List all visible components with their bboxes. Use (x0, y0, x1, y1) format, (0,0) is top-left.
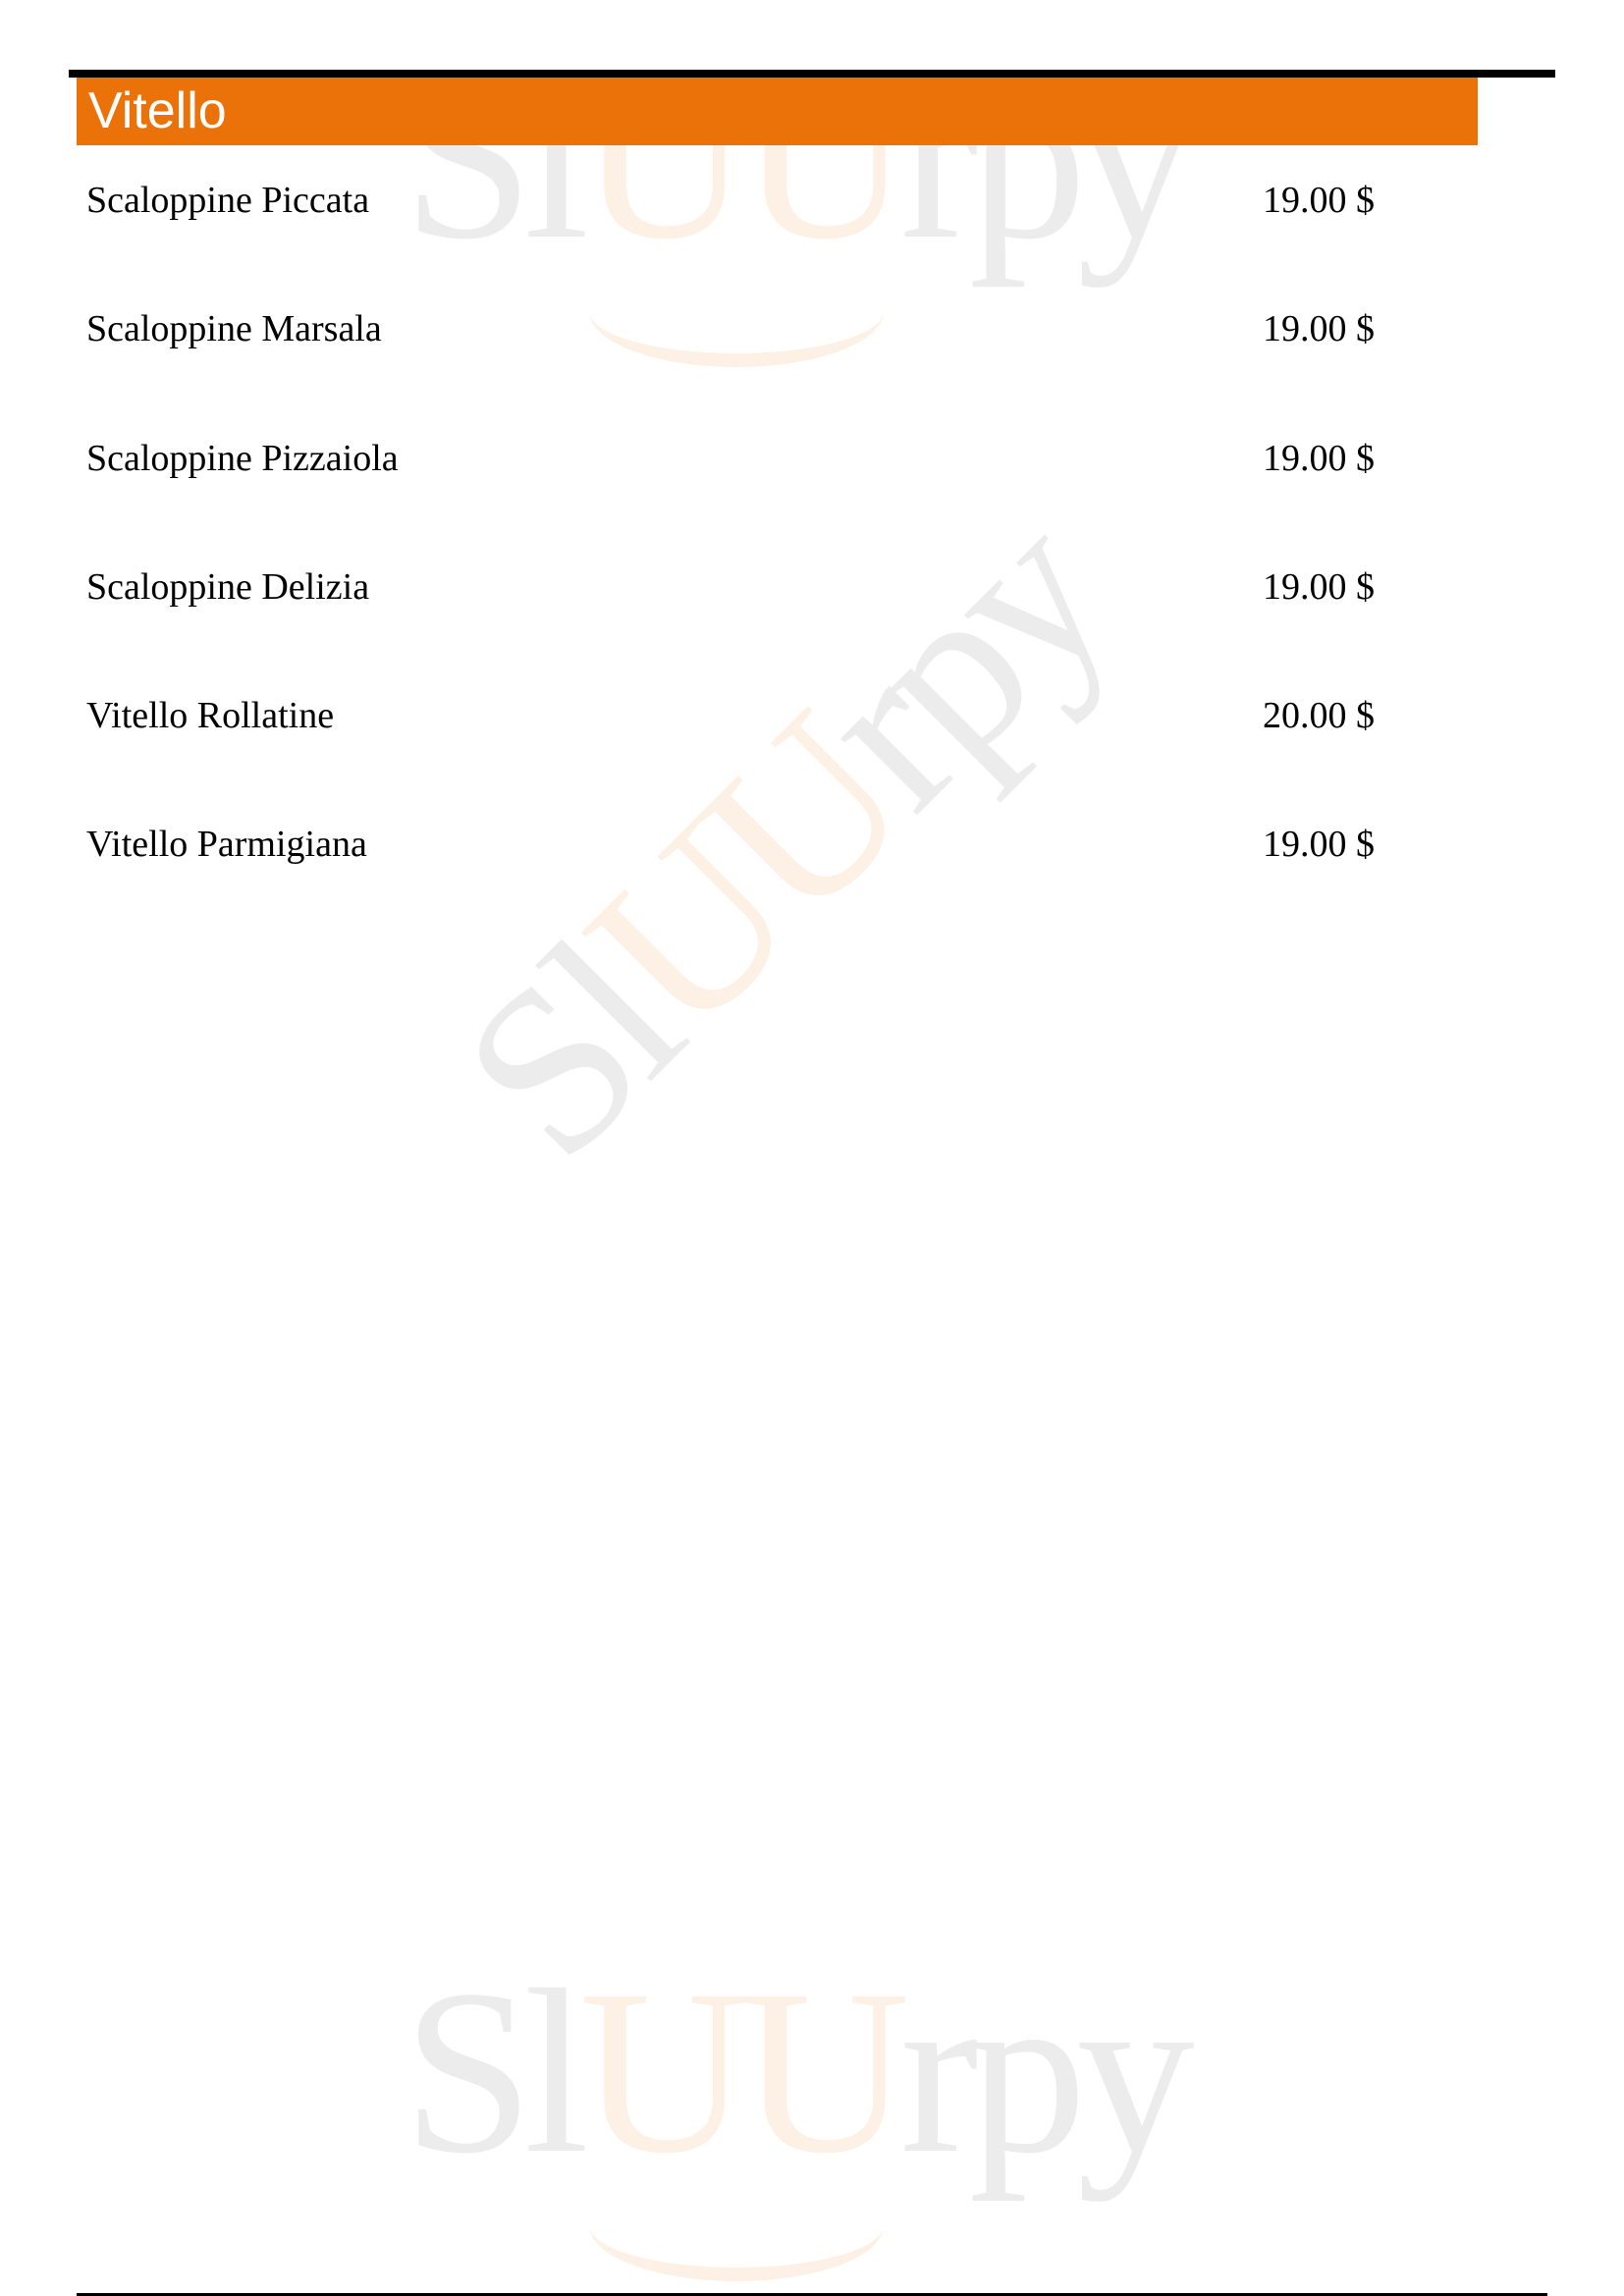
menu-item: Scaloppine Piccata 19.00 $ (0, 179, 1624, 238)
menu-item-name: Scaloppine Pizzaiola (86, 437, 399, 480)
menu-item: Scaloppine Pizzaiola 19.00 $ (0, 437, 1624, 496)
menu-item-name: Vitello Rollatine (86, 694, 334, 737)
watermark-text: Sl (403, 1941, 579, 2202)
watermark-text: rpy (900, 27, 1185, 288)
menu-item-price: 19.00 $ (1263, 565, 1375, 609)
menu-item: Vitello Parmigiana 19.00 $ (0, 823, 1624, 881)
menu-item: Vitello Rollatine 20.00 $ (0, 694, 1624, 753)
menu-item-price: 19.00 $ (1263, 179, 1375, 222)
watermark-text: UU (579, 1941, 900, 2202)
menu-item-name: Scaloppine Piccata (86, 179, 369, 222)
top-rule (69, 70, 1555, 78)
menu-item-name: Scaloppine Marsala (86, 307, 382, 350)
section-header: Vitello (77, 78, 1478, 145)
menu-item: Scaloppine Delizia 19.00 $ (0, 565, 1624, 624)
watermark-text: Sl (403, 27, 579, 288)
menu-item-price: 19.00 $ (1263, 307, 1375, 350)
section-title: Vitello (88, 81, 227, 140)
menu-item-name: Scaloppine Delizia (86, 565, 369, 609)
menu-item-price: 19.00 $ (1263, 437, 1375, 480)
menu-item-price: 20.00 $ (1263, 694, 1375, 737)
menu-item-price: 19.00 $ (1263, 823, 1375, 866)
menu-item-name: Vitello Parmigiana (86, 823, 367, 866)
menu-item: Scaloppine Marsala 19.00 $ (0, 307, 1624, 366)
watermark-text: rpy (900, 1941, 1185, 2202)
watermark-text: UU (579, 27, 900, 288)
watermark-swoosh-icon (589, 2169, 884, 2281)
watermark-logo-bottom: SlUUrpy (403, 1953, 1185, 2189)
